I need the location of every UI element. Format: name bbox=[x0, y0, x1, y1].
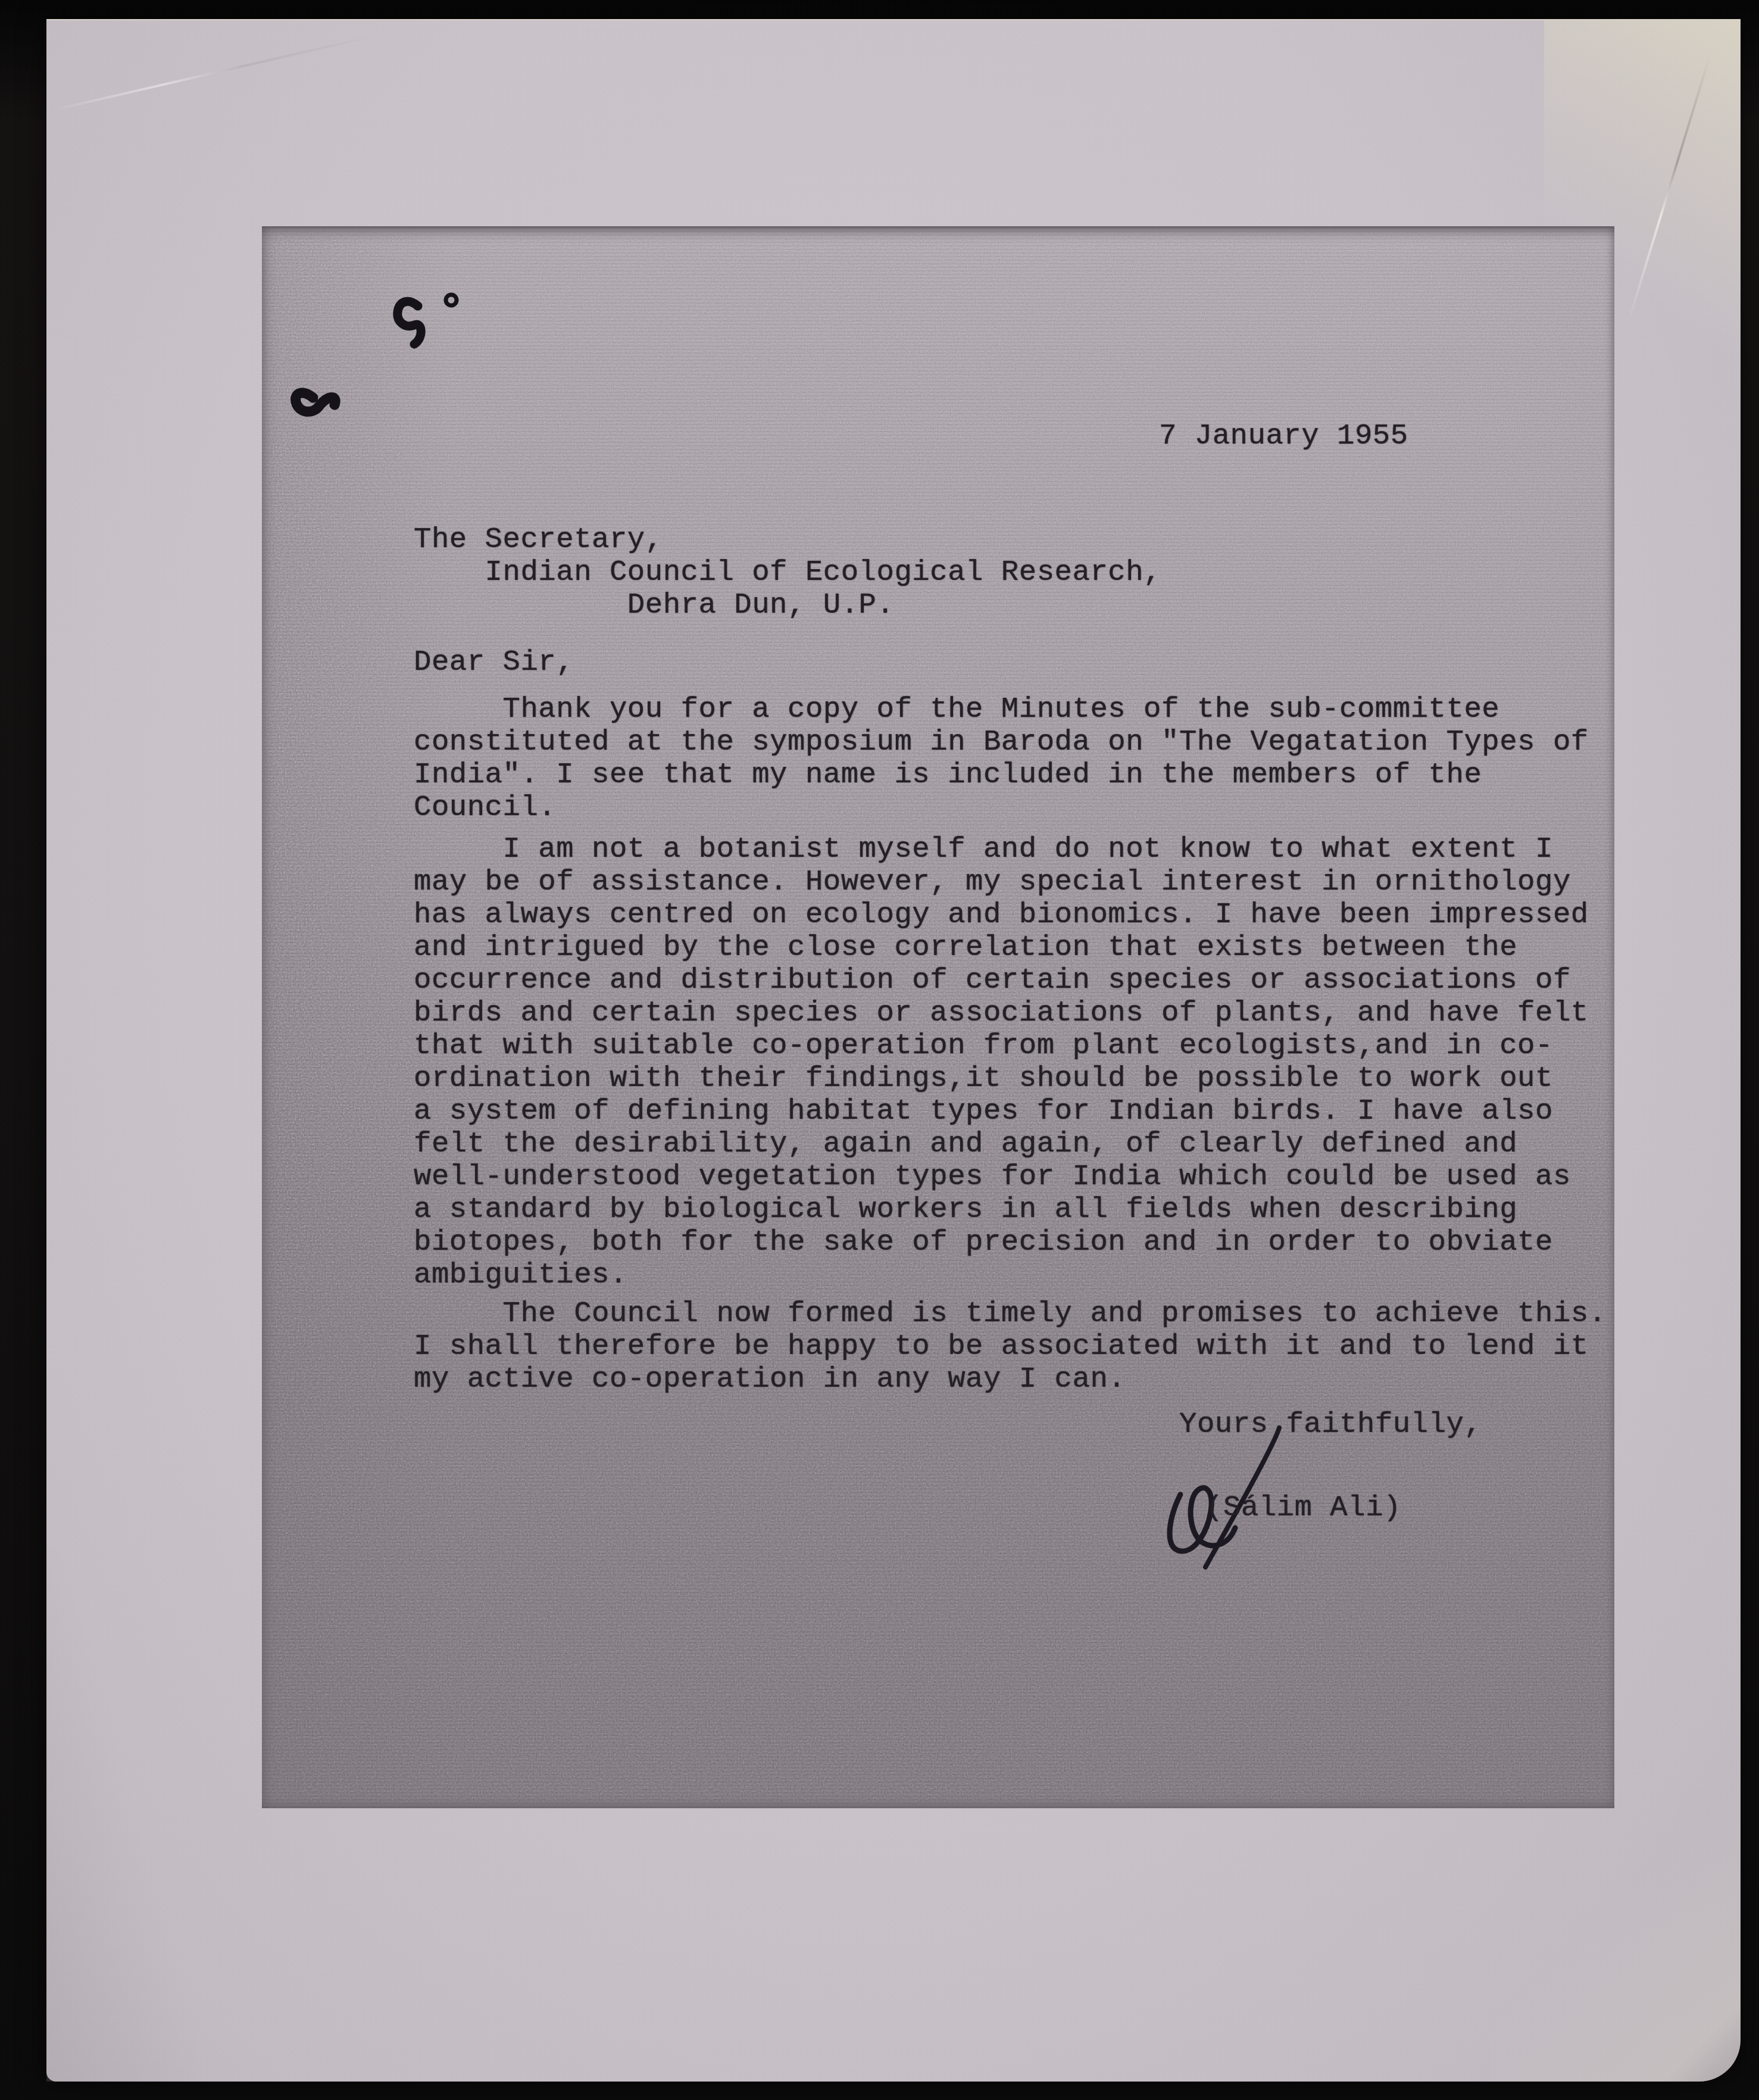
letter-line: ambiguities. bbox=[414, 1259, 1589, 1291]
letter-line: India". I see that my name is included i… bbox=[414, 759, 1589, 791]
paper-crease-top-left bbox=[50, 35, 376, 112]
paper-edge-shading bbox=[46, 1546, 201, 2082]
letter-line: The Council now formed is timely and pro… bbox=[414, 1297, 1607, 1330]
letter-line: may be of assistance. However, my specia… bbox=[414, 866, 1589, 898]
letter-line: and intrigued by the close correlation t… bbox=[414, 931, 1589, 964]
letter-line: my active co-operation in any way I can. bbox=[414, 1363, 1607, 1396]
letter-date: 7 January 1955 bbox=[1159, 419, 1408, 453]
letter-line: The Secretary, bbox=[414, 523, 1161, 556]
salutation: Dear Sir, bbox=[414, 645, 574, 679]
letter-line: a standard by biological workers in all … bbox=[414, 1193, 1589, 1226]
letter-page: 7 January 1955 The Secretary, Indian Cou… bbox=[46, 19, 1741, 2082]
letter-line: a system of defining habitat types for I… bbox=[414, 1095, 1589, 1128]
letter-line: ordination with their findings,it should… bbox=[414, 1062, 1589, 1095]
letter-line: constituted at the symposium in Baroda o… bbox=[414, 726, 1589, 759]
letter-line: that with suitable co-operation from pla… bbox=[414, 1029, 1589, 1062]
letter-line: Council. bbox=[414, 791, 1589, 824]
letter-line: I shall therefore be happy to be associa… bbox=[414, 1330, 1607, 1363]
letter-line: felt the desirability, again and again, … bbox=[414, 1128, 1589, 1160]
letter-line: birds and certain species or association… bbox=[414, 997, 1589, 1029]
letter-line: occurrence and distribution of certain s… bbox=[414, 964, 1589, 997]
paragraph-3: The Council now formed is timely and pro… bbox=[414, 1297, 1607, 1396]
paper-corner-fold-bottom-right bbox=[1491, 1772, 1741, 2082]
scanner-background: 7 January 1955 The Secretary, Indian Cou… bbox=[0, 0, 1759, 2100]
letter-line: I am not a botanist myself and do not kn… bbox=[414, 833, 1589, 866]
letter-body: 7 January 1955 The Secretary, Indian Cou… bbox=[414, 227, 1614, 1808]
letter-line: Dehra Dun, U.P. bbox=[414, 589, 1161, 622]
letter-line: biotopes, both for the sake of precision… bbox=[414, 1226, 1589, 1259]
paragraph-1: Thank you for a copy of the Minutes of t… bbox=[414, 693, 1589, 824]
letter-line: well-understood vegetation types for Ind… bbox=[414, 1160, 1589, 1193]
letter-line: Indian Council of Ecological Research, bbox=[414, 556, 1161, 589]
signature-typed-name: (Sálim Ali) bbox=[1205, 1491, 1401, 1524]
paragraph-2: I am not a botanist myself and do not kn… bbox=[414, 833, 1589, 1291]
letter-line: Thank you for a copy of the Minutes of t… bbox=[414, 693, 1589, 726]
letter-line: has always centred on ecology and bionom… bbox=[414, 898, 1589, 931]
photocopy-region: 7 January 1955 The Secretary, Indian Cou… bbox=[262, 226, 1614, 1808]
recipient-address: The Secretary, Indian Council of Ecologi… bbox=[414, 523, 1161, 622]
